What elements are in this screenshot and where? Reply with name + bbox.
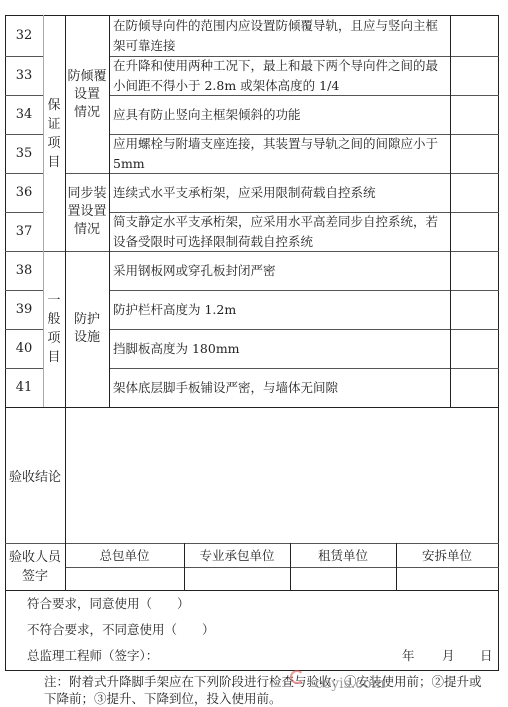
- signature-col-general-contractor: 总包单位: [65, 543, 184, 567]
- footnote-line-2: 下降前；③提升、下降到位，投入使用前。: [44, 689, 282, 707]
- item-number: 35: [5, 134, 43, 173]
- chief-engineer-signature: 总监理工程师（签字）：: [27, 646, 158, 664]
- group-label-guarantee: 保 证 项 目: [43, 95, 65, 173]
- item-content: 架体底层脚手板铺设严密，与墙体无间隙: [109, 368, 450, 407]
- subgroup-protection: 防护 设施: [65, 290, 109, 368]
- footnote-line-1: 注：附着式升降脚手架应在下列阶段进行检查与验收：①安装使用前；②提升或: [44, 672, 482, 690]
- signature-field-installation[interactable]: [397, 568, 498, 590]
- conclusion-label: 验收结论: [5, 407, 65, 543]
- signature-label: 验收人员签字: [5, 543, 65, 590]
- item-number: 41: [5, 368, 43, 407]
- item-number: 32: [5, 15, 43, 56]
- item-number: 33: [5, 56, 43, 95]
- subgroup-line: 情况: [74, 104, 100, 122]
- group-char: 般: [47, 310, 60, 329]
- item-content: 在升降和使用两种工况下，最上和最下两个导向件之间的最小间距不得小于 2.8m 或…: [109, 56, 450, 95]
- item-content: 应具有防止竖向主框架倾斜的功能: [109, 95, 450, 134]
- item-content: 连续式水平支承桁架，应采用限制荷载自控系统: [109, 173, 450, 212]
- item-content: 挡脚板高度为 180mm: [109, 329, 450, 368]
- item-number: 34: [5, 95, 43, 134]
- item-number: 40: [5, 329, 43, 368]
- subgroup-anti-tilt: 防倾覆 设置 情况: [65, 56, 109, 134]
- watermark-logo-icon: [290, 670, 304, 684]
- subgroup-line: 情况: [74, 221, 100, 239]
- item-number: 38: [5, 251, 43, 290]
- signature-field-specialty-contractor[interactable]: [185, 568, 290, 590]
- signature-col-installation: 安拆单位: [396, 543, 498, 567]
- conclusion-field[interactable]: [66, 408, 498, 543]
- subgroup-line: 防护: [74, 311, 100, 329]
- signature-col-specialty-contractor: 专业承包单位: [184, 543, 290, 567]
- item-content: 应用螺栓与附墙支座连接，其装置与导轨之间的间隙应小于5mm: [109, 134, 450, 173]
- group-char: 项: [47, 329, 60, 348]
- watermark-text: coyis.com: [315, 676, 385, 692]
- date-day: 日: [480, 646, 493, 664]
- item-number: 36: [5, 173, 43, 212]
- item-number: 37: [5, 212, 43, 251]
- item-content: 采用钢板网或穿孔板封闭严密: [109, 251, 450, 290]
- date-month: 月: [442, 646, 455, 664]
- disagree-option[interactable]: 不符合要求，不同意使用（ ）: [27, 620, 215, 638]
- subgroup-sync: 同步装 置设置 情况: [65, 173, 109, 251]
- subgroup-line: 设置: [74, 86, 100, 104]
- date-year: 年: [402, 646, 415, 664]
- subgroup-line: 防倾覆: [67, 68, 106, 86]
- item-content: 在防倾导向件的范围内应设置防倾覆导轨，且应与竖向主框架可靠连接: [109, 15, 450, 56]
- item-number: 39: [5, 290, 43, 329]
- signature-field-leasing[interactable]: [291, 568, 396, 590]
- group-char: 证: [47, 115, 60, 134]
- group-char: 目: [47, 153, 60, 172]
- item-content: 防护栏杆高度为 1.2m: [109, 290, 450, 329]
- agree-option[interactable]: 符合要求，同意使用（ ）: [27, 594, 190, 612]
- subgroup-line: 同步装: [67, 185, 106, 203]
- group-char: 目: [47, 348, 60, 367]
- group-char: 一: [47, 291, 60, 310]
- signature-field-general-contractor[interactable]: [66, 568, 184, 590]
- subgroup-line: 设施: [74, 329, 100, 347]
- result-cell[interactable]: [451, 16, 498, 407]
- signature-col-leasing: 租赁单位: [290, 543, 396, 567]
- item-content: 简支静定水平支承桁架，应采用水平高差同步自控系统，若设备受限时可选择限制荷载自控…: [109, 212, 450, 251]
- group-label-general: 一 般 项 目: [43, 290, 65, 368]
- group-char: 保: [47, 96, 60, 115]
- group-char: 项: [47, 134, 60, 153]
- subgroup-line: 置设置: [67, 203, 106, 221]
